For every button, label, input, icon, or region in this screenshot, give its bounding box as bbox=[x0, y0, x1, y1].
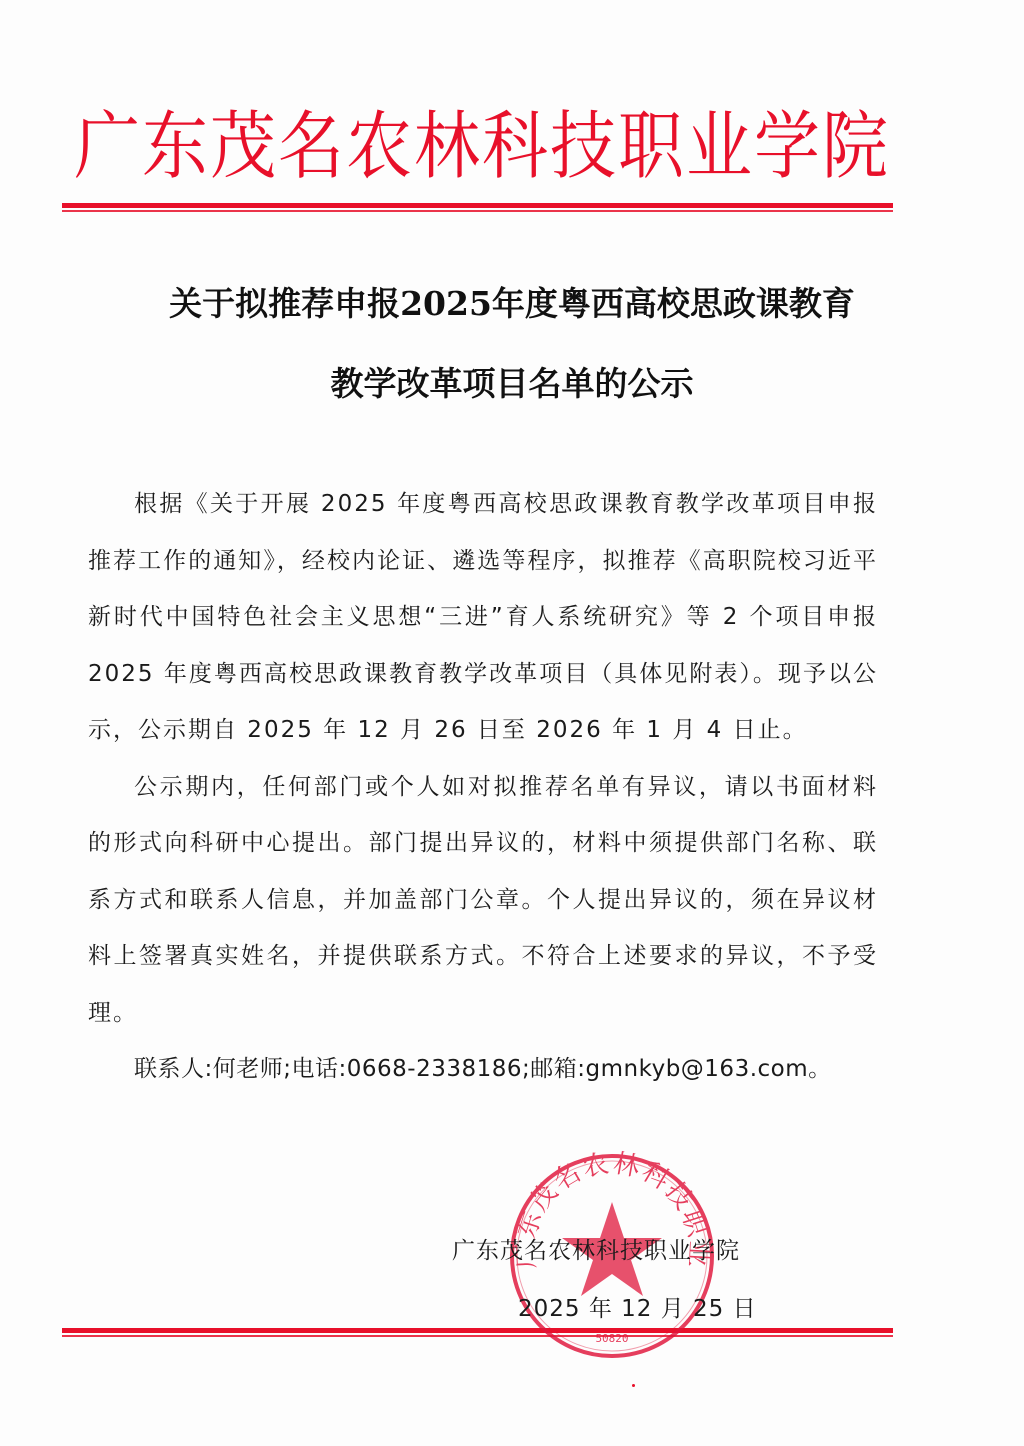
contact-information: 联系人:何老师;电话:0668-2338186;邮箱:gmnkyb@163.co… bbox=[88, 1041, 878, 1098]
footer-divider bbox=[62, 1328, 893, 1337]
document-title-line-2: 教学改革项目名单的公示 bbox=[60, 358, 964, 405]
signature-organization: 广东茂名农林科技职业学院 bbox=[452, 1232, 740, 1265]
document-page: 广东茂名农林科技职业学院 关于拟推荐申报2025年度粤西高校思政课教育 教学改革… bbox=[0, 0, 1024, 1446]
divider-thin-line bbox=[62, 1335, 893, 1337]
document-body: 根据《关于开展 2025 年度粤西高校思政课教育教学改革项目申报推荐工作的通知》… bbox=[88, 476, 878, 1098]
document-title-line-1: 关于拟推荐申报2025年度粤西高校思政课教育 bbox=[60, 278, 964, 325]
letterhead-institution-name: 广东茂名农林科技职业学院 bbox=[62, 102, 902, 192]
divider-thin-line bbox=[62, 210, 893, 212]
body-paragraph-1: 根据《关于开展 2025 年度粤西高校思政课教育教学改革项目申报推荐工作的通知》… bbox=[88, 476, 878, 759]
seal-code: 50820 bbox=[595, 1332, 628, 1345]
body-paragraph-2: 公示期内，任何部门或个人如对拟推荐名单有异议，请以书面材料的形式向科研中心提出。… bbox=[88, 759, 878, 1042]
signature-date: 2025 年 12 月 25 日 bbox=[518, 1290, 757, 1323]
letterhead-divider-top bbox=[62, 203, 893, 212]
scan-artifact bbox=[632, 1384, 635, 1387]
